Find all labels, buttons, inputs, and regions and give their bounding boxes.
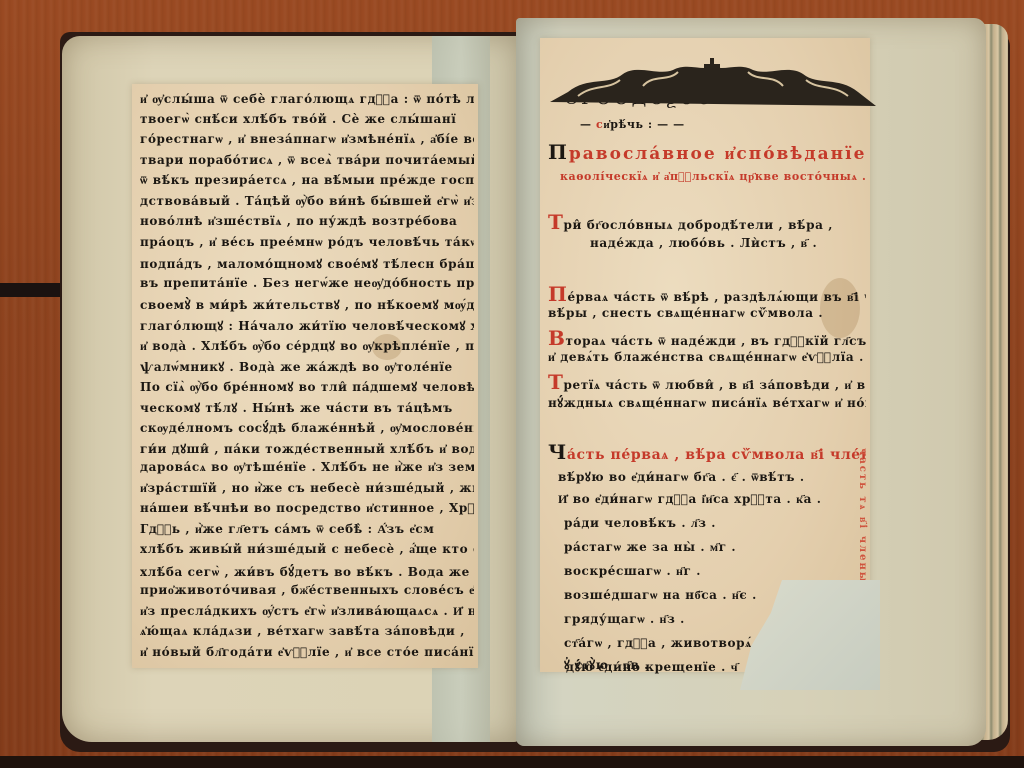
text-line: хлѣ́ба сегѡ̀ , жи́въ бꙋ́детъ во вѣ́къ . … bbox=[140, 563, 474, 580]
text-line: го́рестнагѡ , и҆ внеза́пнагѡ и҆змѣне́нїѧ… bbox=[140, 132, 474, 147]
paragraph-4-line: нꙋ́ждныѧ свѧще́ннагѡ писа́нїѧ ве́тхагѡ и… bbox=[548, 394, 866, 411]
paragraph-1-line: наде́жда , любо́вь . Лѝстъ , в҃ . bbox=[590, 236, 866, 251]
heading: Правосла́вное и҆спо́вѣданїе bbox=[548, 140, 866, 164]
heading-line-2: каѳолі́ческїѧ и҆ а҆пⷭ҇льскїѧ цр҃кве вост… bbox=[560, 170, 866, 183]
text-line: въ препита́нїе . Без негѡ́же неѹ҆до́бнос… bbox=[140, 276, 474, 291]
text-line: ѱалѡ́мникꙋ . Вода̀ же жа́ждѣ во ѹ҆толе́н… bbox=[140, 358, 474, 375]
text-line: и҆ но́вый бл҃года́ти е҆ѵⷢ҇лїе , и҆ все с… bbox=[140, 645, 474, 660]
paragraph-initial: П bbox=[548, 282, 568, 306]
creed-line: ра́стагѡ же за ны̀ . м҃г . bbox=[564, 540, 866, 555]
paragraph-initial: В bbox=[548, 326, 566, 350]
text-line: подпа́дъ , маломо́щномꙋ свое́мꙋ тѣ́лесн … bbox=[140, 255, 474, 272]
subtitle: — си҆рѣ́чь : — — bbox=[580, 118, 866, 131]
text-line: ѧ҆ю́щаѧ кла́дѧзи , ве́тхагѡ завѣ́та за́п… bbox=[140, 624, 474, 639]
text-line: пра́оцъ , и҆ ве́сь прее́мнѡ ро́дъ человѣ… bbox=[140, 235, 474, 250]
heading-initial: П bbox=[548, 140, 569, 164]
paragraph-4-line: Третїѧ ча́сть ѿ любви̂ , в в҃і за́повѣди… bbox=[548, 370, 866, 394]
paragraph-initial: Т bbox=[548, 370, 563, 394]
text-line: скѹде́лномъ сосꙋ́дѣ блаже́ннѣй , ѹ҆мосло… bbox=[140, 419, 474, 436]
creed-line: И҆ во е҆ди́нагѡ гдⷭ҇а і҆и҃са хрⷭ҇та . к҃… bbox=[558, 492, 866, 507]
text-line: ново́лнѣ и҆зше́ствїѧ , по ну́ждѣ возтре́… bbox=[140, 214, 474, 229]
paragraph-3-line: Втораѧ ча́сть ѿ наде́жди , въ гдⷭ҇кїй гл… bbox=[548, 326, 866, 350]
ornamental-headpiece-icon bbox=[548, 56, 878, 108]
creed-line: ра́ди человѣ́къ . л҃з . bbox=[564, 516, 866, 531]
text-line: ческомꙋ тѣ́лꙋ . Ны́нѣ же ча́сти въ та́цѣ… bbox=[140, 399, 474, 416]
text-line: и҆ вода̀ . Хлѣ́бъ ѹ҆̀бо се́рдцꙋ во ѹ҆крѣ… bbox=[140, 337, 474, 354]
dark-floor-edge bbox=[0, 756, 1024, 768]
text-line: ѿ вѣ́къ презира́етсѧ , на вѣ́мыи пре́жде… bbox=[140, 173, 474, 188]
shadow-gap bbox=[0, 283, 60, 297]
paragraph-1-line: Три̂ бг҃осло́вныѧ добродѣ́тели , вѣ́ра , bbox=[548, 210, 866, 234]
paragraph-3-line: и҆ девѧ́ть блаже́нства свѧще́ннагѡ е҆ѵⷢ҇… bbox=[548, 350, 866, 365]
text-line: твари порабо́тисѧ , ѿ всеѧ̀ тва́ри почит… bbox=[140, 153, 474, 168]
text-line: дарова́сѧ во ѹ҆тѣше́нїе . Хлѣ́бъ не и҆̀ж… bbox=[140, 460, 474, 475]
creed-line: дꙋ́ю е҆ди́но крещенїе . ч҃ bbox=[566, 658, 766, 675]
creed-line: вѣ́рꙋю во е҆ди́нагѡ бг҃а . є҃ . ѿвѣ́тъ . bbox=[558, 468, 866, 485]
text-line: ги́и дꙋши̂ , па́ки тожде́ственный хлѣ́бъ… bbox=[140, 440, 474, 457]
text-line: глаго́лющꙋ : На́чало жи́тїю человѣ́ческо… bbox=[140, 317, 474, 334]
text-line: своемꙋ̀ в ми́рѣ жи́тельствꙋ , по нѣ́коем… bbox=[140, 296, 474, 313]
text-line: Гдⷭ҇ь , и҆̀же гл҃етъ са́мъ ѿ себѣ̀ : А҆́… bbox=[140, 522, 474, 537]
text-line: хлѣ́бъ живы́й ни́зше́дый с небесѐ , а҆́щ… bbox=[140, 542, 474, 557]
text-line: и҆ ѹ҆слы́ша ѿ себѐ глаго́лющѧ гдⷭ҇а : ѿ … bbox=[140, 92, 474, 107]
left-page-text: и҆ ѹ҆слы́ша ѿ себѐ глаго́лющѧ гдⷭ҇а : ѿ … bbox=[132, 84, 478, 668]
paragraph-2-line: Пе́рваѧ ча́сть ѿ вѣ́рѣ , раздѣлѧ́ющи въ … bbox=[548, 282, 866, 306]
section-heading: Ча́сть пе́рваѧ , вѣ́ра сѷ́мвола в҃і чле́… bbox=[548, 440, 866, 464]
paragraph-2-line: вѣ́ры , снесть свѧще́ннагѡ сѷ́мвола . bbox=[548, 306, 866, 321]
text-line: твоегѡ̀ снѣ́си хлѣ́бъ тво́й . Сѐ же слы́… bbox=[140, 112, 474, 127]
text-line: По сїѧ̀ ѹ҆̀бо бре́нномꙋ во тли̂ па́дшемꙋ… bbox=[140, 378, 474, 395]
photo-scene: и҆ ѹ҆слы́ша ѿ себѐ глаго́лющѧ гдⷭ҇а : ѿ … bbox=[0, 0, 1024, 768]
text-line: и҆з пресла́дкихъ ѹ҆́стъ е҆гѡ̀ и҆злива́ющ… bbox=[140, 604, 474, 619]
text-line: дствова́вый . Та́цѣй ѹ҆̀бо ви́нѣ бы́вшей… bbox=[140, 194, 474, 209]
text-line: прио҆живото́чивая , бж҃е́ственныхъ слове… bbox=[140, 583, 474, 598]
text-line: и҆зра́стшїй , но и҆̀же съ небесѐ ни́зше́… bbox=[140, 481, 474, 496]
section-initial: Ч bbox=[548, 440, 567, 464]
text-line: на́шеи вѣ́чнѣи во посредство и҆стинное ,… bbox=[140, 501, 474, 516]
creed-line: воскре́сшагѡ . н҃г . bbox=[564, 564, 866, 579]
paragraph-initial: Т bbox=[548, 210, 563, 234]
right-page-text: О҆РѲОДО́ѮОС О҆МОЛОГІ́А — си҆рѣ́чь : — — … bbox=[540, 38, 870, 672]
